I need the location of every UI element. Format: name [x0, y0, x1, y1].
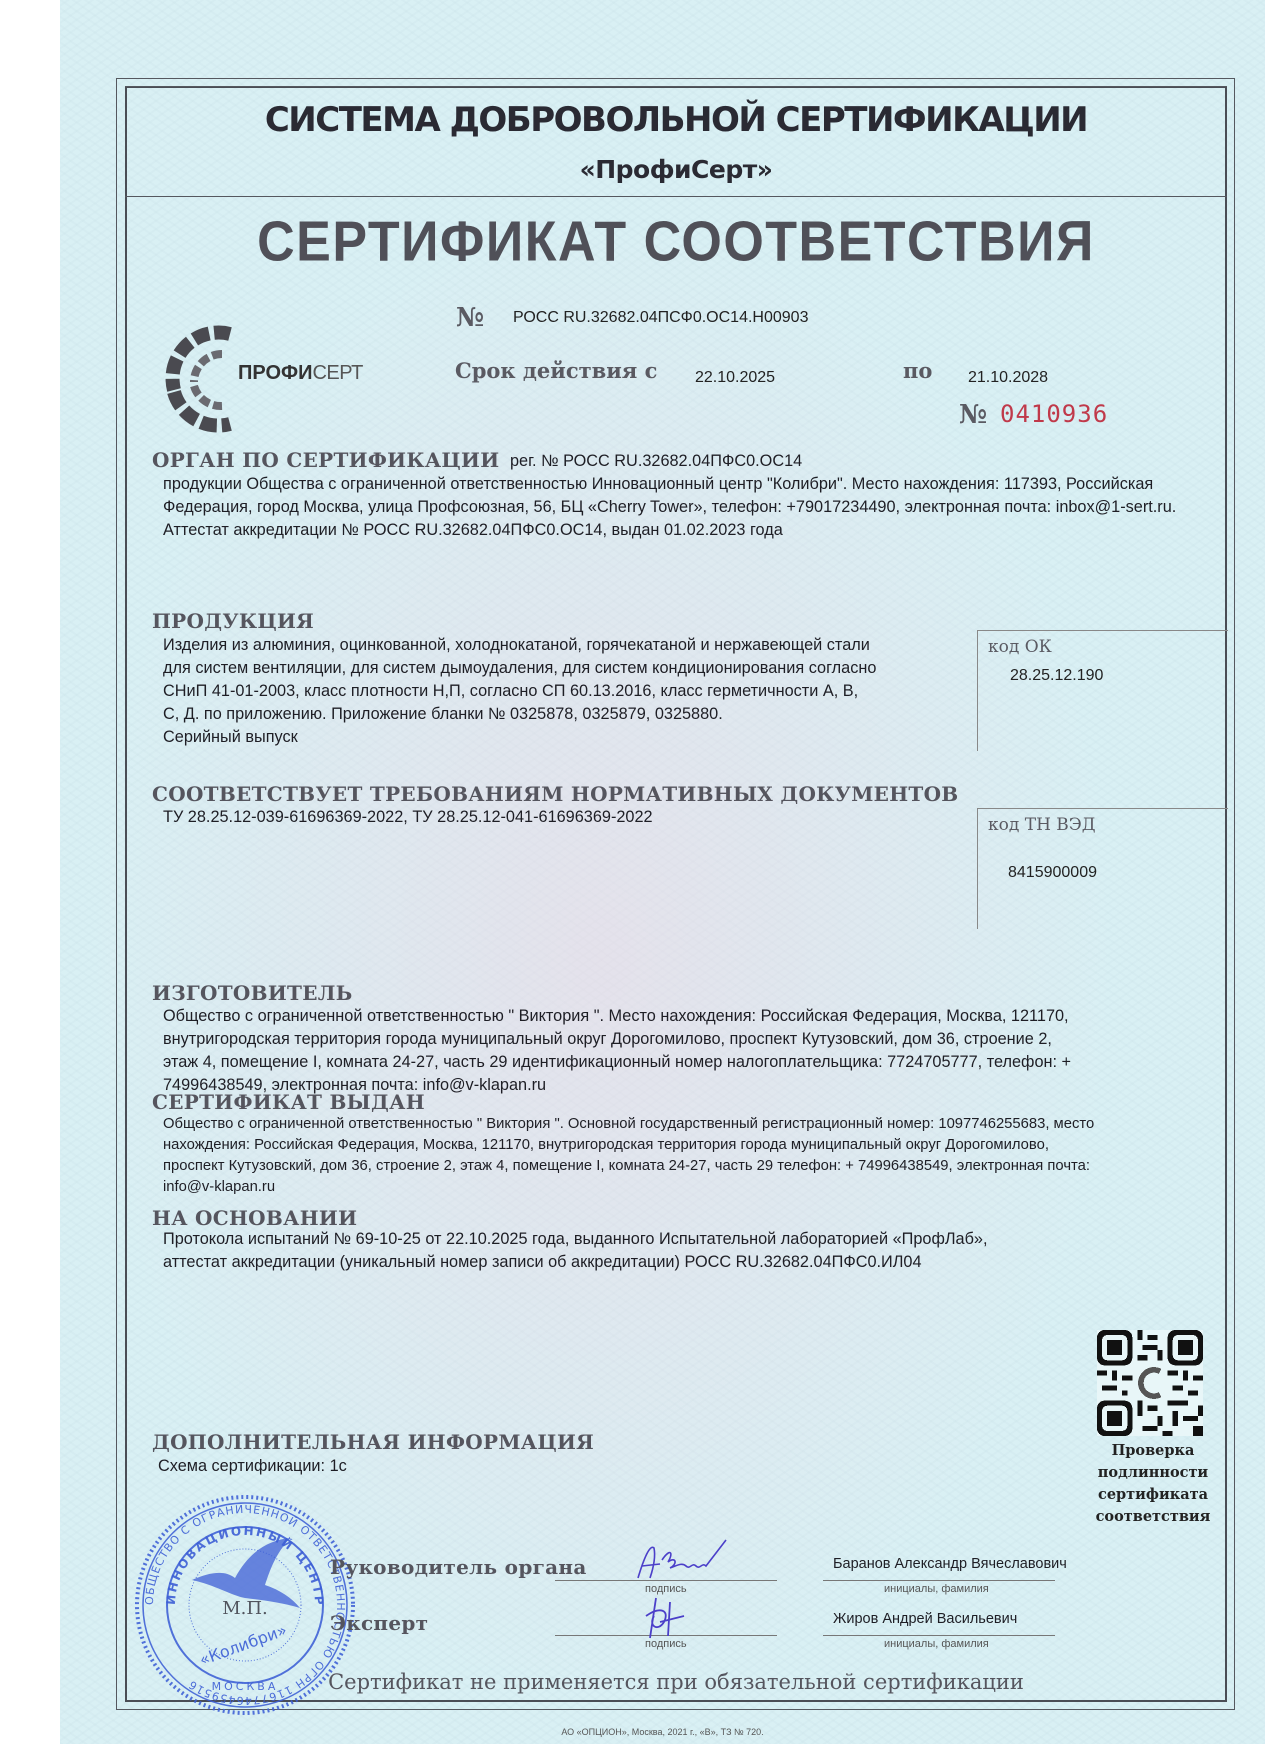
issued-to-line: нахождения: Российская Федерация, Москва… [163, 1135, 1094, 1156]
code-ok-box: код ОК 28.25.12.190 [977, 630, 1228, 751]
product-heading: ПРОДУКЦИЯ [152, 609, 314, 633]
footer-note: Сертификат не применяется при обязательн… [125, 1670, 1227, 1694]
manufacturer-heading: ИЗГОТОВИТЕЛЬ [152, 981, 353, 1005]
verification-qr-code[interactable] [1097, 1330, 1203, 1436]
header-top-rule [125, 86, 1227, 87]
valid-to-label: по [903, 358, 932, 383]
expert-signature-icon [640, 1592, 700, 1642]
valid-from: 22.10.2025 [695, 369, 775, 387]
validity-label: Срок действия с [455, 358, 657, 383]
valid-to: 21.10.2028 [968, 369, 1048, 387]
logo-wordmark: ПРОФИСЕРТ [238, 362, 363, 385]
blank-number-label: № [959, 400, 987, 430]
head-name-line [823, 1580, 1055, 1581]
issued-to-line: проспект Кутузовский, дом 36, строение 2… [163, 1156, 1094, 1177]
certification-body-text: продукции Общества с ограниченной ответс… [163, 473, 1208, 542]
product-line: СНиП 41-01-2003, класс плотности Н,П, со… [163, 680, 993, 703]
expert-name-caption: инициалы, фамилия [884, 1638, 989, 1650]
product-line: Изделия из алюминия, оцинкованной, холод… [163, 634, 993, 657]
code-ok-label: код ОК [988, 637, 1052, 657]
certificate-number-label: № [456, 303, 484, 333]
header-mid-rule [125, 196, 1227, 197]
system-name: «ПрофиСерт» [125, 155, 1227, 184]
head-of-body-label: Руководитель органа [330, 1555, 587, 1579]
head-of-body-name: Баранов Александр Вячеславович [833, 1553, 1067, 1576]
svg-text:М.П.: М.П. [222, 1598, 268, 1619]
issued-to-text: Общество с ограниченной ответственностью… [163, 1114, 1094, 1198]
system-title: СИСТЕМА ДОБРОВОЛЬНОЙ СЕРТИФИКАЦИИ [125, 100, 1227, 140]
manufacturer-line: Общество с ограниченной ответственностью… [163, 1005, 1071, 1028]
document-title: СЕРТИФИКАТ СООТВЕТСТВИЯ [125, 210, 1227, 275]
head-signature-icon [630, 1538, 740, 1588]
product-line: С, Д. по приложению. Приложение бланки №… [163, 703, 993, 726]
expert-label: Эксперт [330, 1611, 428, 1635]
requirements-heading: СООТВЕТСТВУЕТ ТРЕБОВАНИЯМ НОРМАТИВНЫХ ДО… [152, 782, 959, 806]
profisert-logo: ПРОФИСЕРТ [160, 320, 380, 435]
additional-info-heading: ДОПОЛНИТЕЛЬНАЯ ИНФОРМАЦИЯ [152, 1430, 594, 1454]
basis-line: аттестат аккредитации (уникальный номер … [163, 1251, 988, 1274]
head-name-caption: инициалы, фамилия [884, 1583, 989, 1595]
manufacturer-line: внутригородская территория города муници… [163, 1028, 1071, 1051]
svg-text:«Колибри»: «Колибри» [197, 1620, 290, 1669]
expert-name-line [823, 1635, 1055, 1636]
basis-heading: НА ОСНОВАНИИ [152, 1206, 357, 1230]
issued-to-heading: СЕРТИФИКАТ ВЫДАН [152, 1090, 425, 1114]
code-tnved-box: код ТН ВЭД 8415900009 [977, 808, 1228, 929]
issued-to-line: info@v-klapan.ru [163, 1177, 1094, 1198]
certification-body-reg-number: рег. № РОСС RU.32682.04ПФС0.ОС14 [510, 450, 802, 473]
qr-caption: Проверка подлинности сертификата соответ… [1078, 1440, 1228, 1528]
certificate-number: РОСС RU.32682.04ПСФ0.ОС14.Н00903 [513, 309, 808, 327]
code-tnved-value: 8415900009 [1008, 864, 1097, 882]
blank-number: 0410936 [1000, 400, 1108, 428]
printer-note: АО «ОПЦИОН», Москва, 2021 г., «В», ТЗ № … [60, 1727, 1265, 1737]
issued-to-line: Общество с ограниченной ответственностью… [163, 1114, 1094, 1135]
requirements-text: ТУ 28.25.12-039-61696369-2022, ТУ 28.25.… [163, 806, 653, 829]
qr-code-icon [1097, 1330, 1203, 1436]
code-tnved-label: код ТН ВЭД [988, 815, 1096, 835]
product-line: Серийный выпуск [163, 726, 993, 749]
manufacturer-line: этаж 4, помещение I, комната 24-27, част… [163, 1051, 1071, 1074]
manufacturer-text: Общество с ограниченной ответственностью… [163, 1005, 1071, 1097]
basis-line: Протокола испытаний № 69-10-25 от 22.10.… [163, 1228, 988, 1251]
product-text: Изделия из алюминия, оцинкованной, холод… [163, 634, 993, 749]
certification-body-heading: ОРГАН ПО СЕРТИФИКАЦИИ [152, 448, 499, 472]
basis-text: Протокола испытаний № 69-10-25 от 22.10.… [163, 1228, 988, 1274]
product-line: для систем вентиляции, для систем дымоуд… [163, 657, 993, 680]
certification-scheme: Схема сертификации: 1с [158, 1455, 347, 1478]
expert-name: Жиров Андрей Васильевич [833, 1608, 1017, 1631]
code-ok-value: 28.25.12.190 [1010, 667, 1103, 685]
